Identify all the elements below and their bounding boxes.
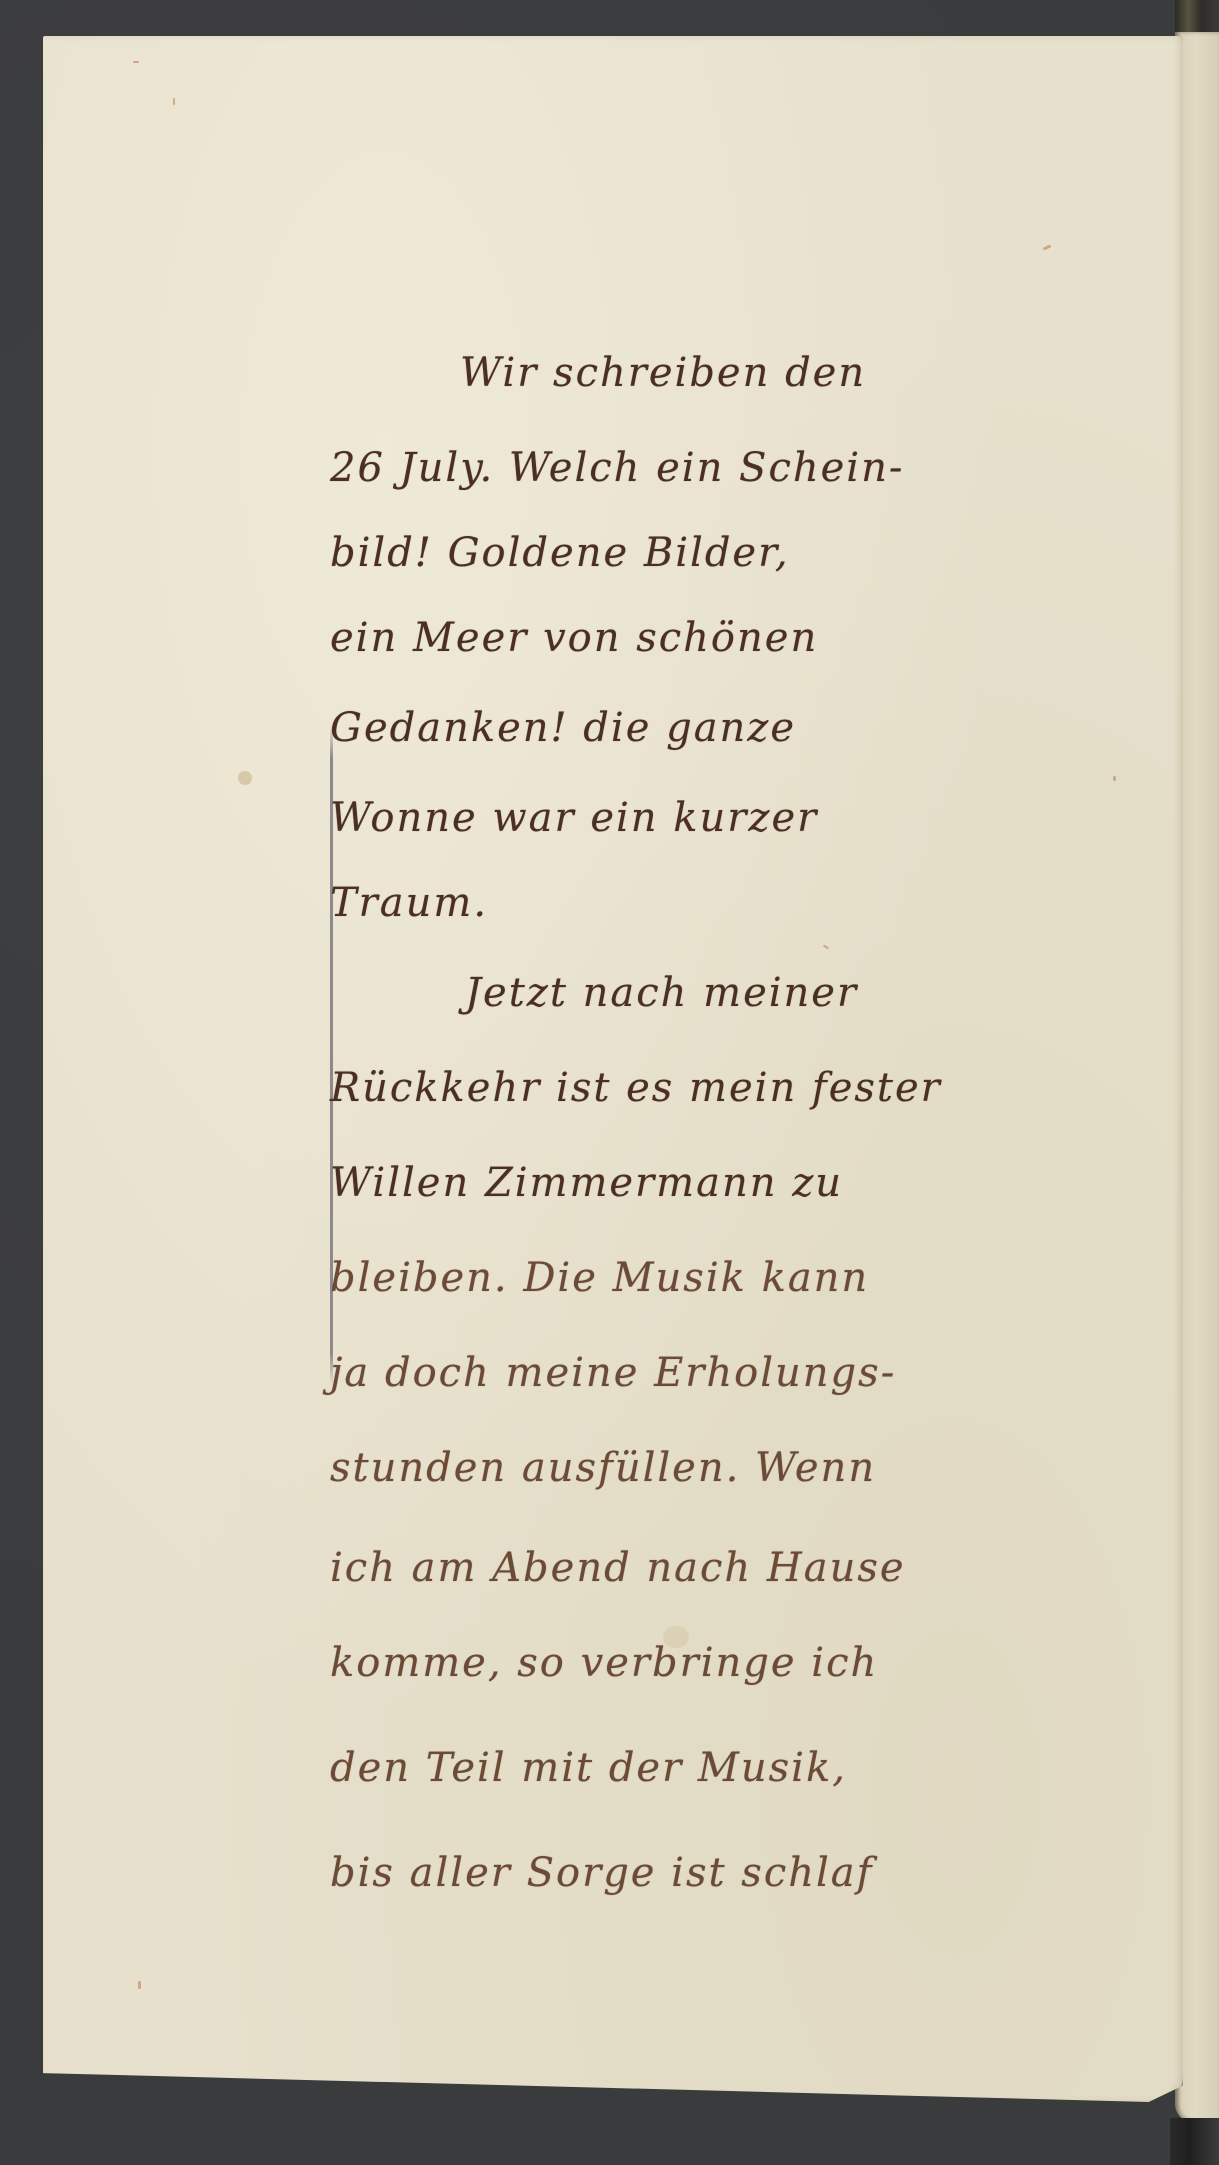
paper-speck	[823, 945, 829, 950]
text-line: Rückkehr ist es mein fester	[330, 1065, 942, 1111]
text-line: Willen Zimmermann zu	[330, 1160, 843, 1206]
paper-speck	[138, 1981, 141, 1989]
paper-speck	[173, 98, 175, 105]
text-line: bis aller Sorge ist schlaf	[330, 1850, 873, 1896]
text-line: Gedanken! die ganze	[330, 705, 796, 751]
text-line: Jetzt nach meiner	[465, 970, 858, 1016]
paper-stain	[238, 771, 252, 785]
book-binding-bottom	[1170, 2118, 1219, 2165]
text-line: Wonne war ein kurzer	[330, 795, 818, 841]
text-line: bleiben. Die Musik kann	[330, 1255, 869, 1301]
text-line: ein Meer von schönen	[330, 615, 818, 661]
text-line: ich am Abend nach Hause	[330, 1545, 906, 1591]
paper-speck	[1043, 244, 1052, 250]
text-line: ja doch meine Erholungs-	[330, 1350, 896, 1396]
text-line: 26 July. Welch ein Schein-	[330, 445, 904, 491]
paper-speck	[1113, 776, 1116, 781]
text-line: bild! Goldene Bilder,	[330, 530, 790, 576]
text-line: Traum.	[330, 880, 488, 926]
paper-speck	[133, 61, 139, 63]
text-line: komme, so verbringe ich	[330, 1640, 878, 1686]
text-line: stunden ausfüllen. Wenn	[330, 1445, 876, 1491]
text-line: den Teil mit der Musik,	[330, 1745, 847, 1791]
text-line: Wir schreiben den	[460, 350, 866, 396]
